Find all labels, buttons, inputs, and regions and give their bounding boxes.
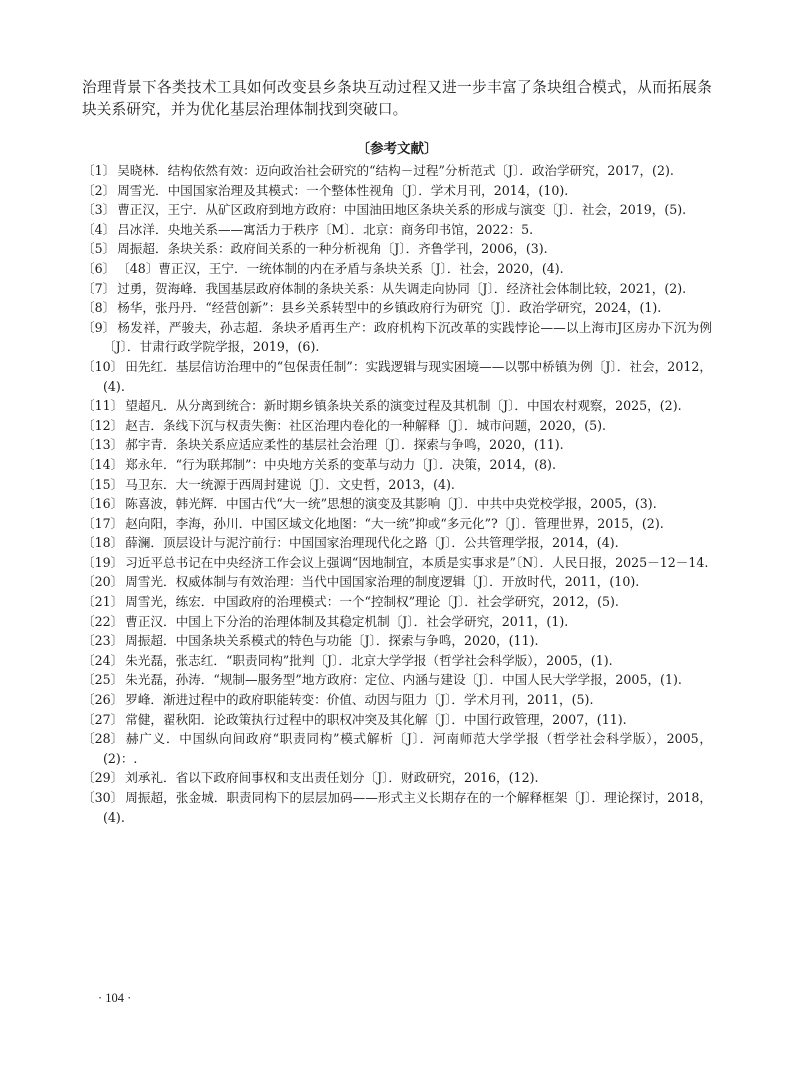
reference-item: 〔16〕陈喜波，韩光辉．中国古代“大一统”思想的演变及其影响〔J〕．中共中央党校… xyxy=(82,494,712,514)
reference-text: 陈喜波，韩光辉．中国古代“大一统”思想的演变及其影响〔J〕．中共中央党校学报，2… xyxy=(125,496,657,511)
reference-item: 〔2〕周雪光．中国国家治理及其模式：一个整体性视角〔J〕．学术月刊，2014，(… xyxy=(82,181,712,201)
reference-item: 〔15〕马卫东．大一统源于西周封建说〔J〕．文史哲，2013，(4). xyxy=(82,475,712,495)
reference-item: 〔7〕过勇，贺海峰．我国基层政府体制的条块关系：从失调走向协同〔J〕．经济社会体… xyxy=(82,279,712,299)
reference-item: 〔3〕曹正汉，王宁．从矿区政府到地方政府：中国油田地区条块关系的形成与演变〔J〕… xyxy=(82,200,712,220)
reference-text: 马卫东．大一统源于西周封建说〔J〕．文史哲，2013，(4). xyxy=(125,477,455,492)
reference-item: 〔23〕周振超．中国条块关系模式的特色与功能〔J〕．探索与争鸣，2020，(11… xyxy=(82,631,712,651)
reference-number: 〔24〕 xyxy=(82,651,123,671)
reference-text: 郑永年．“行为联邦制”：中央地方关系的变革与动力〔J〕．决策，2014，(8). xyxy=(125,457,556,472)
reference-text: 罗峰．渐进过程中的政府职能转变：价值、动因与阻力〔J〕．学术月刊，2011，(5… xyxy=(125,692,593,707)
reference-item: 〔4〕吕冰洋．央地关系——寓活力于秩序〔M〕．北京：商务印书馆，2022：5. xyxy=(82,220,712,240)
reference-text: 朱光磊，张志红．“职责同构”批判〔J〕．北京大学学报（哲学社会科学版），2005… xyxy=(125,653,612,668)
reference-item: 〔21〕周雪光，练宏．中国政府的治理模式：一个“控制权”理论〔J〕．社会学研究，… xyxy=(82,592,712,612)
reference-number: 〔4〕 xyxy=(82,220,115,240)
reference-number: 〔25〕 xyxy=(82,670,123,690)
reference-text: 杨发祥，严骏夫，孙志超．条块矛盾再生产：政府机构下沉改革的实践悖论——以上海市J… xyxy=(103,320,712,355)
reference-number: 〔5〕 xyxy=(82,239,115,259)
reference-text: 吴晓林．结构依然有效：迈向政治社会研究的“结构－过程”分析范式〔J〕．政治学研究… xyxy=(117,163,674,178)
reference-text: 周振超．中国条块关系模式的特色与功能〔J〕．探索与争鸣，2020，(11). xyxy=(125,633,538,648)
reference-number: 〔29〕 xyxy=(82,768,123,788)
reference-number: 〔8〕 xyxy=(82,298,115,318)
reference-number: 〔19〕 xyxy=(82,553,123,573)
reference-number: 〔16〕 xyxy=(82,494,123,514)
reference-item: 〔17〕赵向阳，李海，孙川．中国区域文化地图：“大一统”抑或“多元化”?〔J〕．… xyxy=(82,514,712,534)
reference-number: 〔11〕 xyxy=(82,396,123,416)
reference-text: 周振超，张金城．职责同构下的层层加码——形式主义长期存在的一个解释框架〔J〕．理… xyxy=(103,790,712,825)
reference-number: 〔10〕 xyxy=(82,357,123,377)
reference-item: 〔26〕罗峰．渐进过程中的政府职能转变：价值、动因与阻力〔J〕．学术月刊，201… xyxy=(82,690,712,710)
reference-text: 朱光磊，孙涛．“规制—服务型”地方政府：定位、内涵与建设〔J〕．中国人民大学学报… xyxy=(125,672,682,687)
reference-text: 望超凡．从分离到统合：新时期乡镇条块关系的演变过程及其机制〔J〕．中国农村观察，… xyxy=(125,398,681,413)
reference-number: 〔15〕 xyxy=(82,475,123,495)
reference-text: 曹正汉，王宁．从矿区政府到地方政府：中国油田地区条块关系的形成与演变〔J〕．社会… xyxy=(117,202,686,217)
reference-number: 〔28〕 xyxy=(82,729,123,749)
reference-number: 〔13〕 xyxy=(82,435,123,455)
reference-item: 〔30〕周振超，张金城．职责同构下的层层加码——形式主义长期存在的一个解释框架〔… xyxy=(82,788,712,827)
reference-item: 〔13〕郝宇青．条块关系应适应柔性的基层社会治理〔J〕．探索与争鸣，2020，(… xyxy=(82,435,712,455)
reference-text: 赵向阳，李海，孙川．中国区域文化地图：“大一统”抑或“多元化”?〔J〕．管理世界… xyxy=(125,516,664,531)
reference-item: 〔5〕周振超．条块关系：政府间关系的一种分析视角〔J〕．齐鲁学刊，2006，(3… xyxy=(82,239,712,259)
reference-text: 田先红．基层信访治理中的“包保责任制”：实践逻辑与现实困境——以鄂中桥镇为例〔J… xyxy=(103,359,712,394)
reference-text: 周振超．条块关系：政府间关系的一种分析视角〔J〕．齐鲁学刊，2006，(3). xyxy=(117,241,547,256)
reference-item: 〔18〕薛澜．顶层设计与泥泞前行：中国国家治理现代化之路〔J〕．公共管理学报，2… xyxy=(82,533,712,553)
reference-number: 〔26〕 xyxy=(82,690,123,710)
reference-item: 〔27〕常健，翟秋阳．论政策执行过程中的职权冲突及其化解〔J〕．中国行政管理，2… xyxy=(82,710,712,730)
page-content: 治理背景下各类技术工具如何改变县乡条块互动过程又进一步丰富了条块组合模式，从而拓… xyxy=(82,77,712,827)
reference-item: 〔1〕吴晓林．结构依然有效：迈向政治社会研究的“结构－过程”分析范式〔J〕．政治… xyxy=(82,161,712,181)
reference-text: 曹正汉．中国上下分治的治理体制及其稳定机制〔J〕．社会学研究，2011，(1). xyxy=(125,614,568,629)
reference-text: 吕冰洋．央地关系——寓活力于秩序〔M〕．北京：商务印书馆，2022：5. xyxy=(117,222,533,237)
reference-number: 〔6〕 xyxy=(82,259,115,279)
reference-item: 〔8〕杨华，张丹丹．“经营创新”：县乡关系转型中的乡镇政府行为研究〔J〕．政治学… xyxy=(82,298,712,318)
reference-item: 〔29〕刘承礼．省以下政府间事权和支出责任划分〔J〕．财政研究，2016，(12… xyxy=(82,768,712,788)
body-paragraph: 治理背景下各类技术工具如何改变县乡条块互动过程又进一步丰富了条块组合模式，从而拓… xyxy=(82,77,712,121)
reference-text: 〔48〕曹正汉，王宁．一统体制的内在矛盾与条块关系〔J〕．社会，2020，(4)… xyxy=(117,261,563,276)
reference-number: 〔2〕 xyxy=(82,181,115,201)
reference-item: 〔12〕赵吉．条线下沉与权责失衡：社区治理内卷化的一种解释〔J〕．城市问题，20… xyxy=(82,416,712,436)
reference-item: 〔9〕杨发祥，严骏夫，孙志超．条块矛盾再生产：政府机构下沉改革的实践悖论——以上… xyxy=(82,318,712,357)
reference-number: 〔20〕 xyxy=(82,572,123,592)
reference-item: 〔11〕望超凡．从分离到统合：新时期乡镇条块关系的演变过程及其机制〔J〕．中国农… xyxy=(82,396,712,416)
reference-text: 赵吉．条线下沉与权责失衡：社区治理内卷化的一种解释〔J〕．城市问题，2020，(… xyxy=(125,418,606,433)
reference-text: 周雪光，练宏．中国政府的治理模式：一个“控制权”理论〔J〕．社会学研究，2012… xyxy=(125,594,619,609)
reference-number: 〔21〕 xyxy=(82,592,123,612)
reference-number: 〔18〕 xyxy=(82,533,123,553)
reference-text: 郝宇青．条块关系应适应柔性的基层社会治理〔J〕．探索与争鸣，2020，(11). xyxy=(125,437,563,452)
reference-number: 〔3〕 xyxy=(82,200,115,220)
reference-number: 〔17〕 xyxy=(82,514,123,534)
reference-text: 周雪光．权威体制与有效治理：当代中国国家治理的制度逻辑〔J〕．开放时代，2011… xyxy=(125,574,639,589)
reference-item: 〔20〕周雪光．权威体制与有效治理：当代中国国家治理的制度逻辑〔J〕．开放时代，… xyxy=(82,572,712,592)
reference-item: 〔10〕田先红．基层信访治理中的“包保责任制”：实践逻辑与现实困境——以鄂中桥镇… xyxy=(82,357,712,396)
reference-number: 〔27〕 xyxy=(82,710,123,730)
reference-text: 赫广义．中国纵向间政府“职责同构”模式解析〔J〕．河南师范大学学报（哲学社会科学… xyxy=(103,731,712,766)
reference-text: 周雪光．中国国家治理及其模式：一个整体性视角〔J〕．学术月刊，2014，(10)… xyxy=(117,183,568,198)
reference-list: 〔1〕吴晓林．结构依然有效：迈向政治社会研究的“结构－过程”分析范式〔J〕．政治… xyxy=(82,161,712,827)
reference-item: 〔24〕朱光磊，张志红．“职责同构”批判〔J〕．北京大学学报（哲学社会科学版），… xyxy=(82,651,712,671)
reference-text: 薛澜．顶层设计与泥泞前行：中国国家治理现代化之路〔J〕．公共管理学报，2014，… xyxy=(125,535,618,550)
reference-number: 〔7〕 xyxy=(82,279,115,299)
reference-number: 〔22〕 xyxy=(82,612,123,632)
reference-number: 〔30〕 xyxy=(82,788,123,808)
reference-item: 〔14〕郑永年．“行为联邦制”：中央地方关系的变革与动力〔J〕．决策，2014，… xyxy=(82,455,712,475)
reference-text: 刘承礼．省以下政府间事权和支出责任划分〔J〕．财政研究，2016，(12). xyxy=(125,770,538,785)
reference-text: 杨华，张丹丹．“经营创新”：县乡关系转型中的乡镇政府行为研究〔J〕．政治学研究，… xyxy=(117,300,661,315)
references-heading: 〔参考文献〕 xyxy=(82,139,712,159)
reference-number: 〔14〕 xyxy=(82,455,123,475)
reference-item: 〔6〕〔48〕曹正汉，王宁．一统体制的内在矛盾与条块关系〔J〕．社会，2020，… xyxy=(82,259,712,279)
reference-text: 过勇，贺海峰．我国基层政府体制的条块关系：从失调走向协同〔J〕．经济社会体制比较… xyxy=(117,281,686,296)
page-number: · 104 · xyxy=(98,991,131,1006)
reference-item: 〔22〕曹正汉．中国上下分治的治理体制及其稳定机制〔J〕．社会学研究，2011，… xyxy=(82,612,712,632)
reference-item: 〔28〕赫广义．中国纵向间政府“职责同构”模式解析〔J〕．河南师范大学学报（哲学… xyxy=(82,729,712,768)
reference-number: 〔9〕 xyxy=(82,318,115,338)
reference-item: 〔19〕习近平总书记在中央经济工作会议上强调“因地制宜，本质是实事求是”〔N〕．… xyxy=(82,553,712,573)
reference-number: 〔23〕 xyxy=(82,631,123,651)
reference-text: 习近平总书记在中央经济工作会议上强调“因地制宜，本质是实事求是”〔N〕．人民日报… xyxy=(125,555,708,570)
reference-text: 常健，翟秋阳．论政策执行过程中的职权冲突及其化解〔J〕．中国行政管理，2007，… xyxy=(125,712,626,727)
reference-item: 〔25〕朱光磊，孙涛．“规制—服务型”地方政府：定位、内涵与建设〔J〕．中国人民… xyxy=(82,670,712,690)
reference-number: 〔12〕 xyxy=(82,416,123,436)
reference-number: 〔1〕 xyxy=(82,161,115,181)
